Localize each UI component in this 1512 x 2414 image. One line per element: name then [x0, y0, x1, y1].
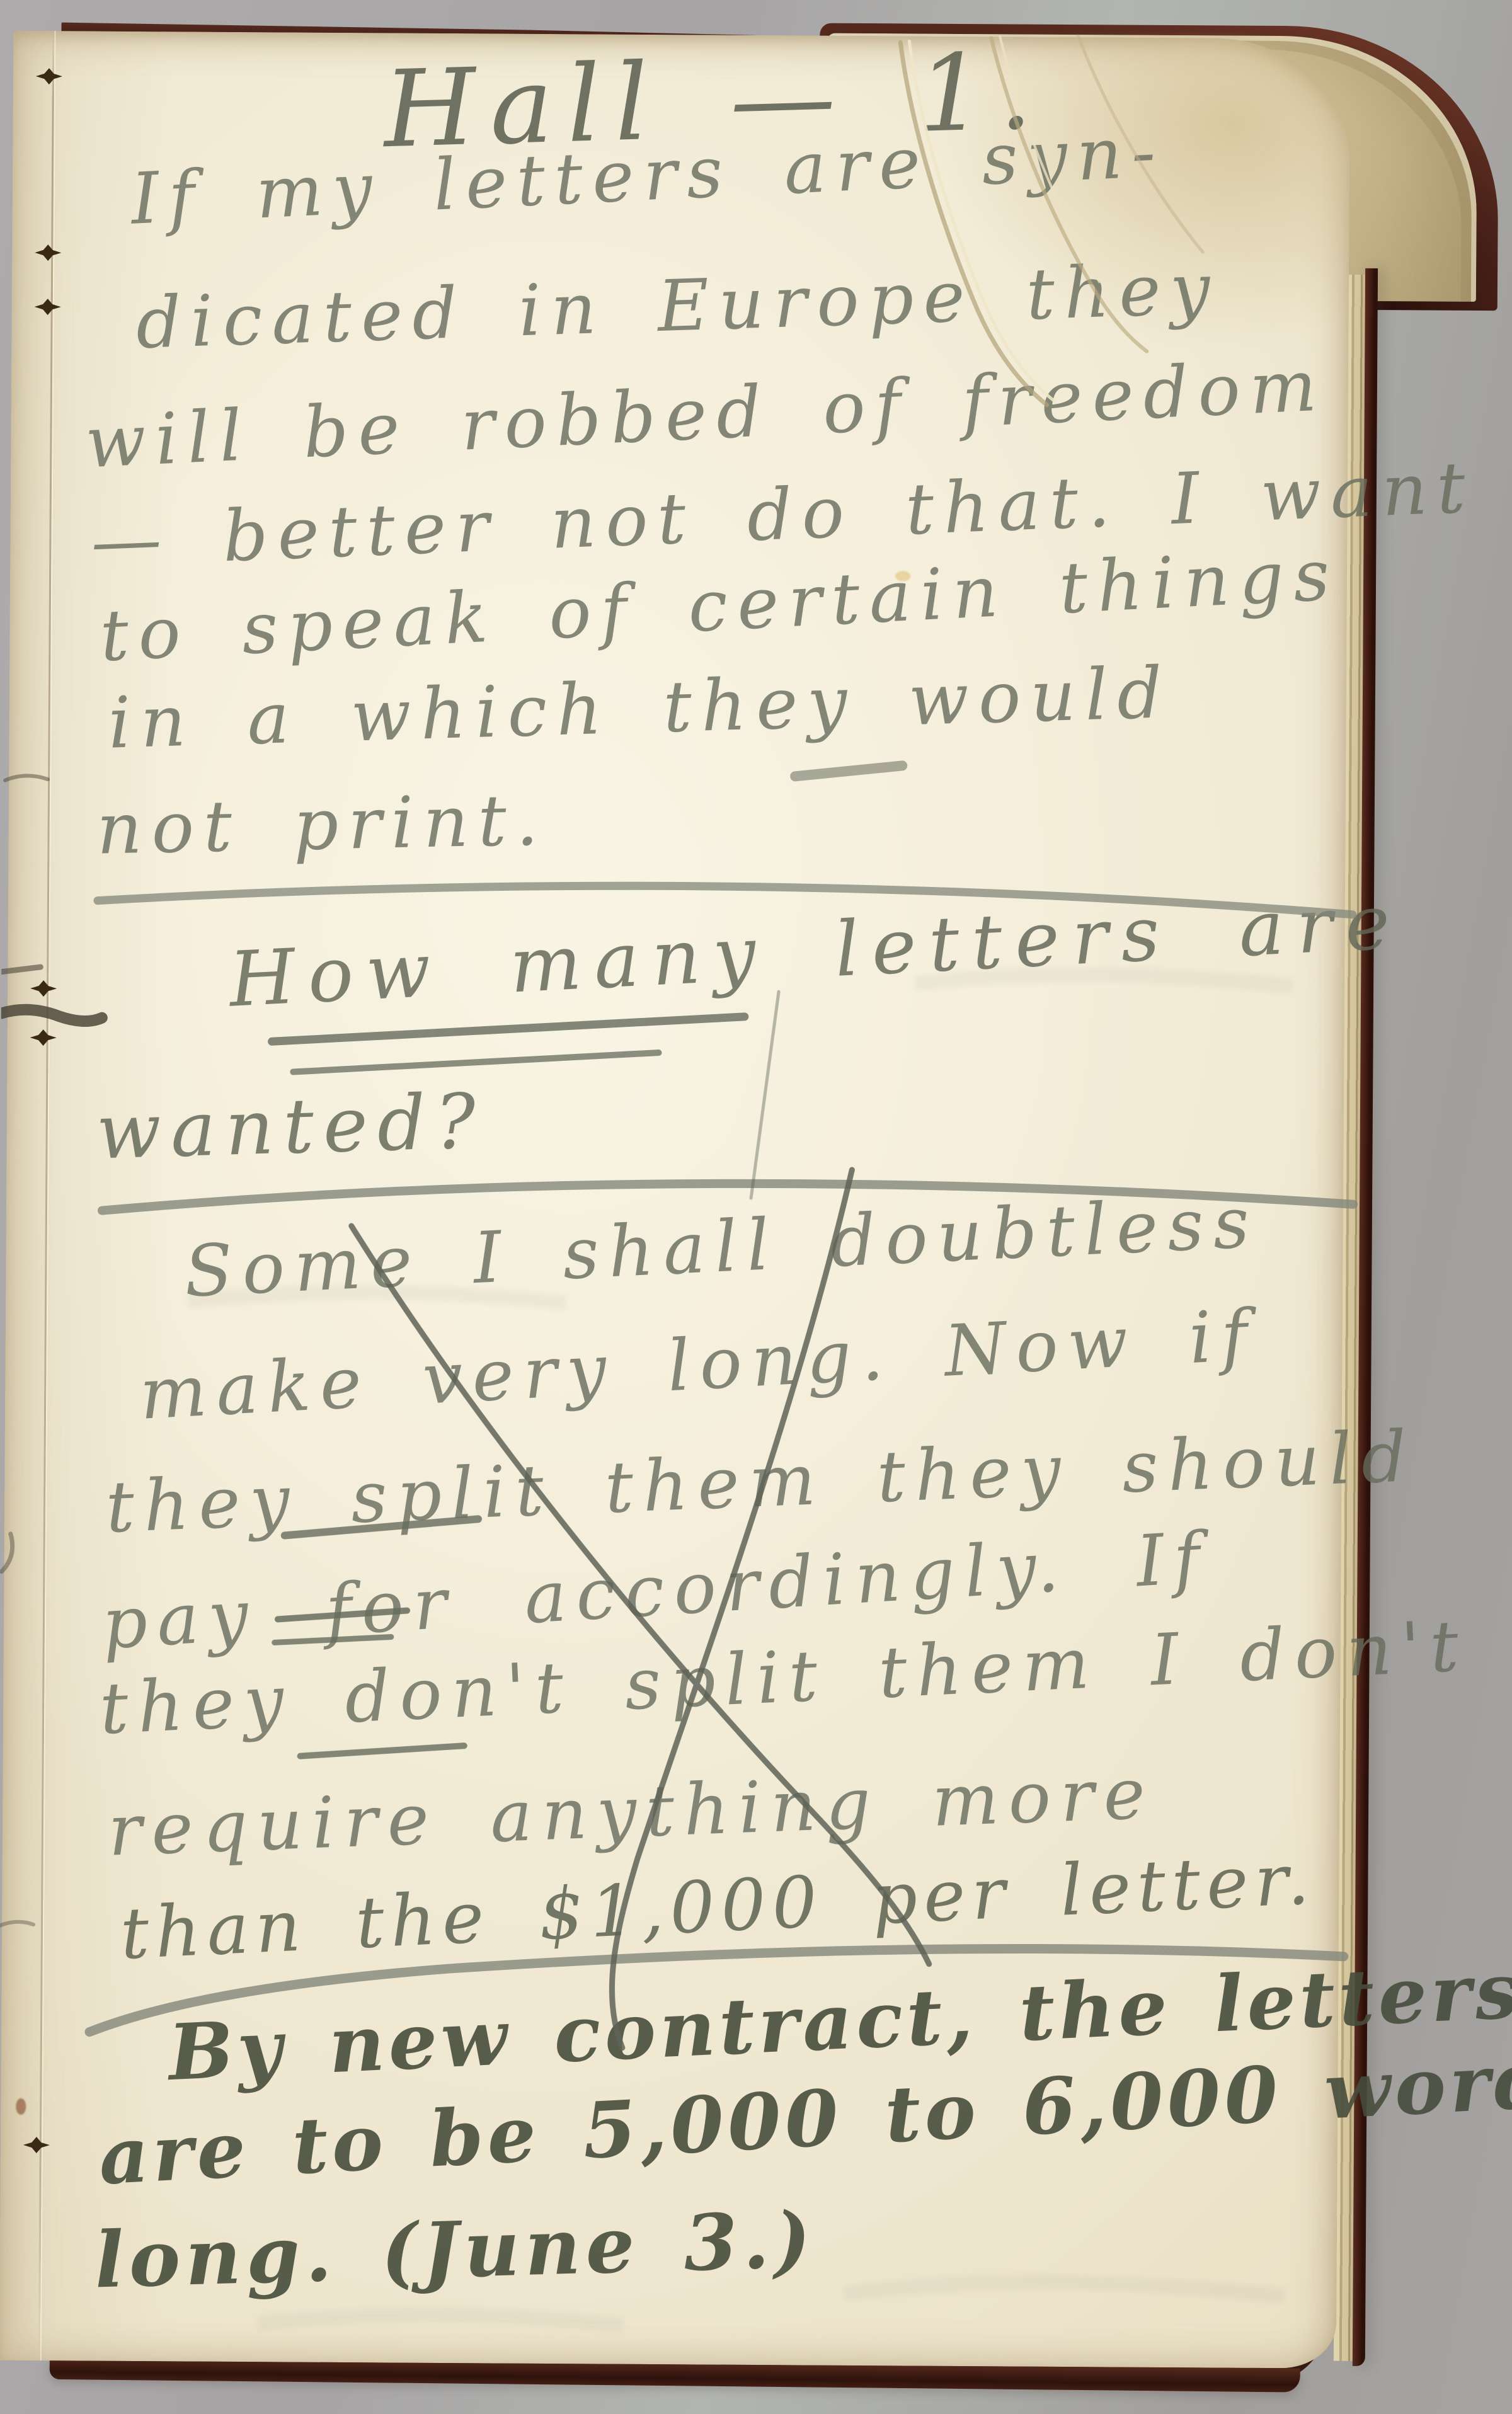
- text-segment: they: [98, 1657, 347, 1751]
- text-segment: would: [855, 652, 1172, 743]
- text-segment: pay: [100, 1570, 328, 1665]
- underlined-word: they: [662, 661, 857, 748]
- underlined-word: split: [349, 1450, 554, 1539]
- text-segment: they: [104, 1457, 352, 1548]
- notebook: Hall — 1. If my letters are syn- dicated…: [0, 0, 1512, 2414]
- underlined-word: don't: [343, 1647, 575, 1739]
- photograph-of-notebook: Hall — 1. If my letters are syn- dicated…: [0, 0, 1512, 2414]
- handwritten-line: not print.: [96, 779, 548, 870]
- text-segment: in a which: [107, 666, 665, 764]
- handwritten-line: wanted?: [95, 1078, 486, 1177]
- struck-word: for: [323, 1562, 459, 1652]
- gutter-shading: [0, 31, 177, 2362]
- ink-spot: [16, 2098, 26, 2115]
